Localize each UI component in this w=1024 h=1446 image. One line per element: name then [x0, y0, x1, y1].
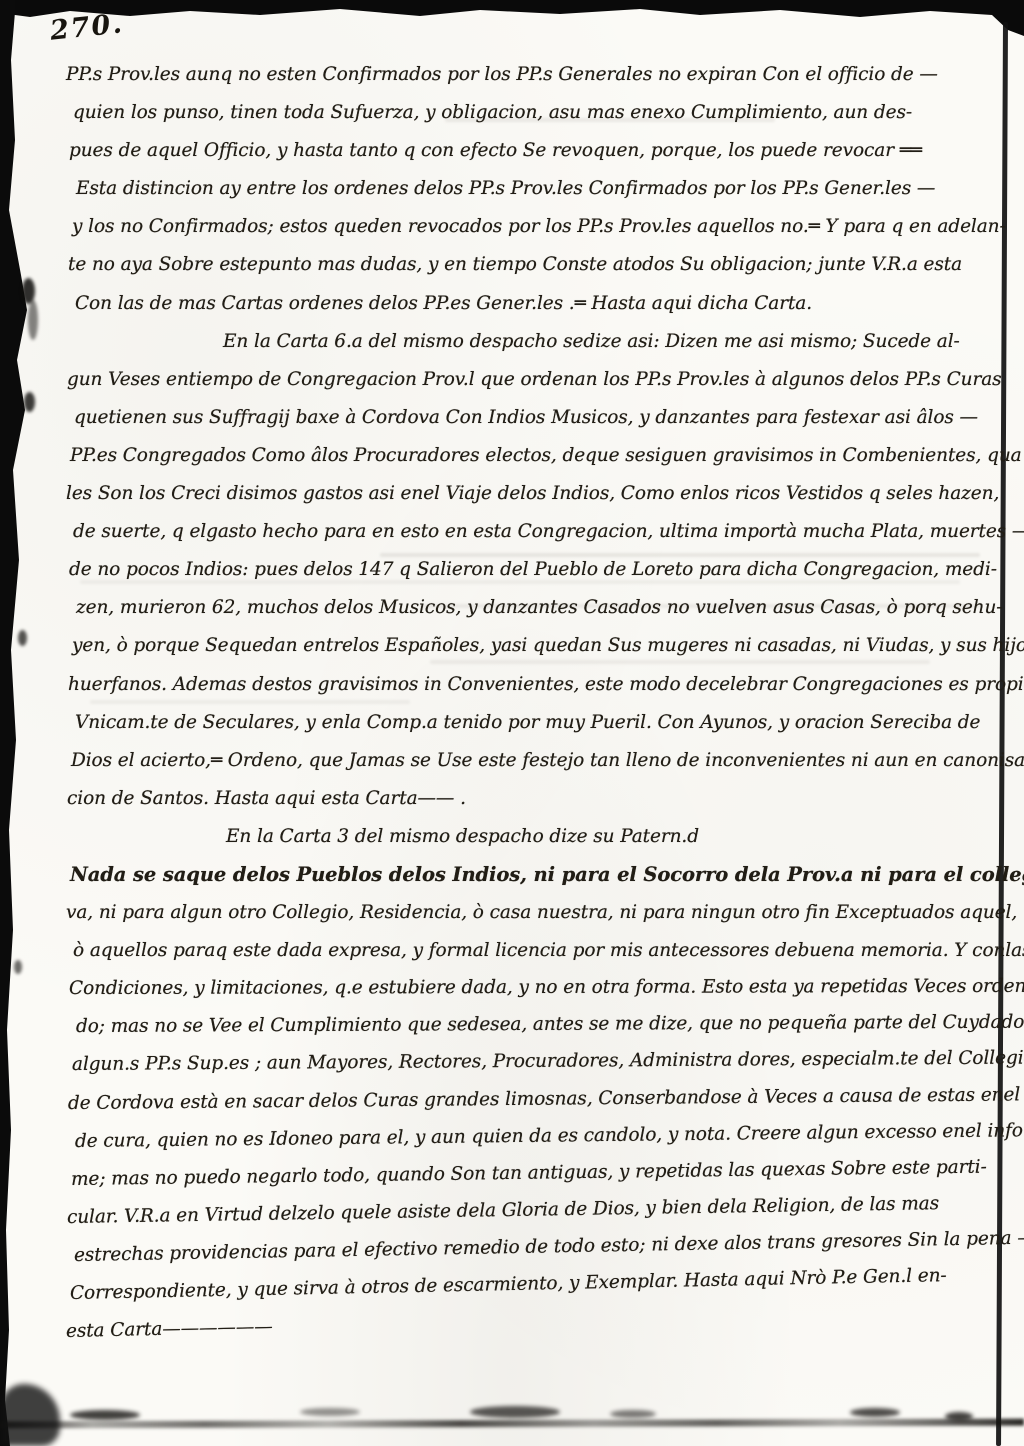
- manuscript-line: En la Carta 3 del mismo despacho dize su…: [74, 818, 1002, 856]
- manuscript-line: de no pocos Indios: pues delos 147 q Sal…: [69, 551, 1002, 589]
- manuscript-line: Condiciones, y limitaciones, q.e estubie…: [69, 968, 1002, 1008]
- ink-blot: [24, 392, 35, 412]
- manuscript-line: cion de Santos. Hasta aqui esta Carta—— …: [67, 780, 1002, 818]
- smudge-blot: [945, 1412, 973, 1421]
- page-number: 270.: [49, 8, 126, 47]
- scan-border-top: [0, 0, 1024, 40]
- manuscript-line: Vnicam.te de Seculares, y enla Comp.a te…: [75, 704, 1002, 742]
- manuscript-line: zen, murieron 62, muchos delos Musicos, …: [76, 589, 1002, 627]
- smudge-blot: [300, 1408, 360, 1416]
- smudge-blot: [70, 1410, 140, 1420]
- manuscript-line: y los no Confirmados; estos queden revoc…: [72, 208, 1002, 246]
- manuscript-line: de suerte, q elgasto hecho para en esto …: [73, 513, 1002, 551]
- ink-blot: [14, 960, 22, 974]
- scan-smudge-bottom: [0, 1402, 1024, 1446]
- manuscript-line: va, ni para algun otro Collegio, Residen…: [66, 894, 1002, 932]
- binding-edge-left: [0, 0, 34, 1446]
- manuscript-line: ò aquellos paraq este dada expresa, y fo…: [73, 932, 1002, 970]
- manuscript-line: Con las de mas Cartas ordenes delos PP.e…: [75, 285, 1002, 323]
- manuscript-line: PP.s Prov.les aunq no esten Confirmados …: [66, 56, 1002, 94]
- corner-smudge: [0, 1384, 60, 1446]
- manuscript-line: quien los punso, tinen toda Sufuerza, y …: [73, 94, 1002, 132]
- manuscript-line: yen, ò porque Sequedan entrelos Españole…: [72, 627, 1002, 665]
- manuscript-line: quetienen sus Suffragij baxe à Cordova C…: [74, 399, 1002, 437]
- manuscript-line: les Son los Creci disimos gastos asi ene…: [66, 475, 1002, 513]
- smudge-blot: [850, 1408, 900, 1417]
- smudge-blot: [470, 1406, 560, 1418]
- manuscript-text: PP.s Prov.les aunq no esten Confirmados …: [66, 56, 1002, 1351]
- manuscript-line: pues de aquel Officio, y hasta tanto q c…: [69, 132, 1002, 170]
- manuscript-line: Nada se saque delos Pueblos delos Indios…: [70, 856, 1002, 894]
- smudge-line: [0, 1419, 1024, 1429]
- manuscript-line: PP.es Congregados Como âlos Procuradores…: [70, 437, 1002, 475]
- ink-blot: [28, 300, 38, 340]
- manuscript-line: gun Veses entiempo de Congregacion Prov.…: [67, 361, 1002, 399]
- manuscript-line: En la Carta 6.a del mismo despacho sediz…: [71, 323, 1002, 361]
- manuscript-scan-page: 270. PP.s Prov.les aunq no esten Confirm…: [0, 0, 1024, 1446]
- smudge-blot: [610, 1410, 656, 1418]
- ink-blot: [18, 630, 27, 646]
- manuscript-line: huerfanos. Ademas destos gravisimos in C…: [68, 666, 1002, 704]
- manuscript-line: Esta distincion ay entre los ordenes del…: [76, 170, 1002, 208]
- manuscript-line: Dios el acierto,═ Ordeno, que Jamas se U…: [71, 742, 1002, 780]
- manuscript-line: te no aya Sobre estepunto mas dudas, y e…: [68, 246, 1002, 284]
